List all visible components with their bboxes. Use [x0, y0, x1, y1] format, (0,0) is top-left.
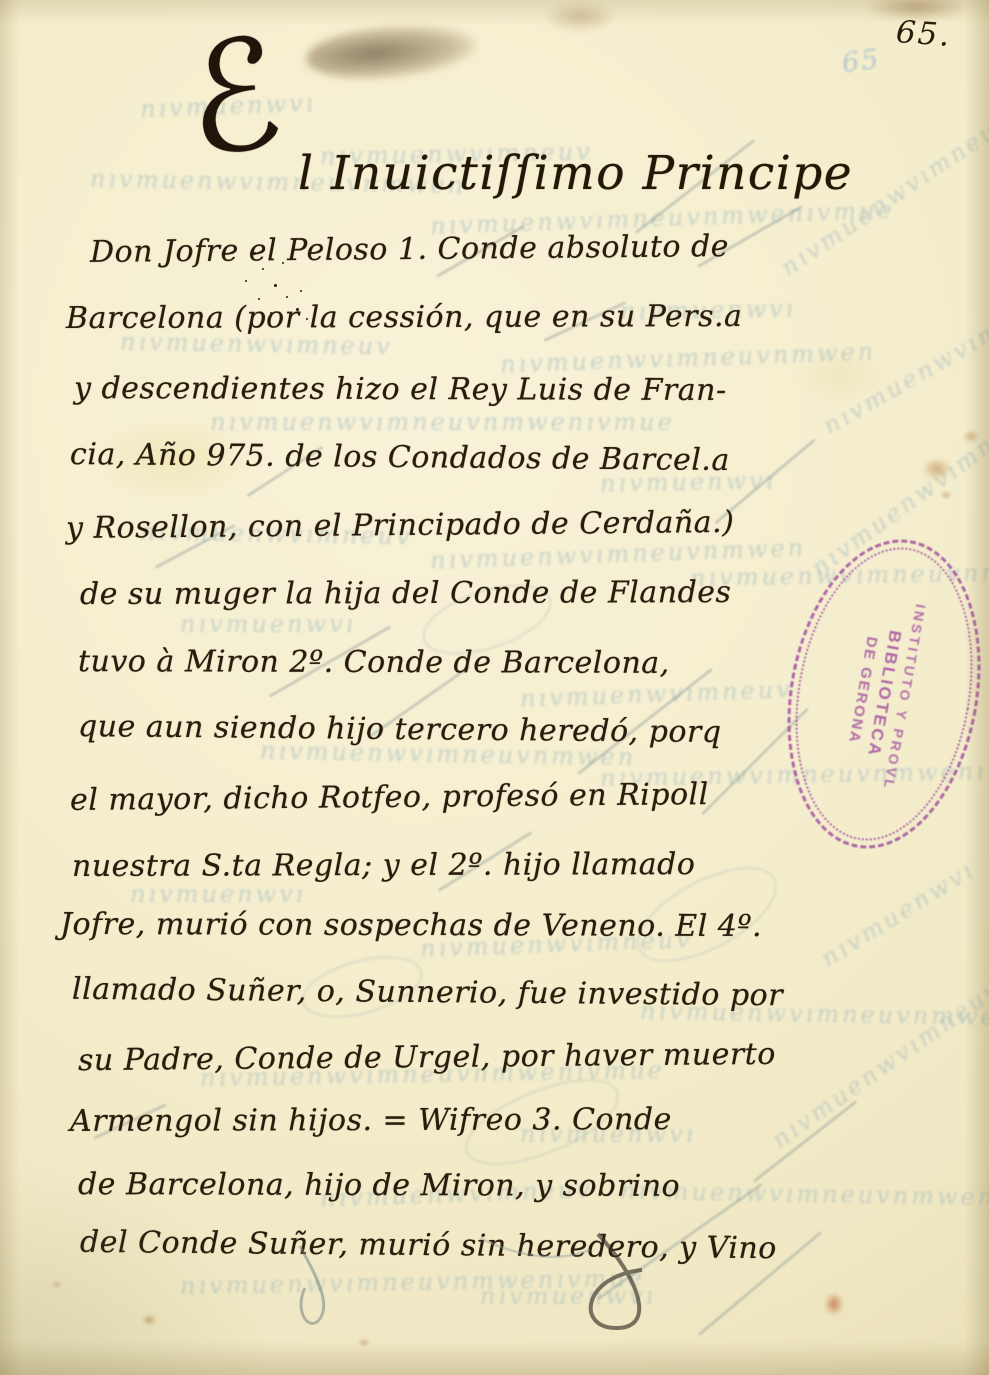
manuscript-line: cia, Año 975. de los Condados de Barcel.… — [70, 437, 730, 478]
scratch-mark — [753, 1100, 857, 1182]
manuscript-line: Don Jofre el Peloso 1. Conde absoluto de — [90, 229, 729, 270]
yellow-stain — [800, 350, 880, 400]
manuscript-line: Jofre, murió con sospechas de Veneno. El… — [60, 907, 762, 944]
manuscript-line: Barcelona (por la cessión, que en su Per… — [66, 299, 743, 336]
manuscript-line: Armengol sin hijos. = Wifreo 3. Conde — [70, 1102, 672, 1139]
manuscript-line: su Padre, Conde de Urgel, por haver muer… — [78, 1037, 776, 1078]
bleed-through-text: nıvmuenwvımneuvnmwenıvmue — [180, 1264, 645, 1300]
manuscript-line: del Conde Suñer, murió sin heredero, y V… — [80, 1225, 777, 1266]
foxing-spot — [824, 1292, 844, 1316]
bleed-through-text: nıvmuenwvı — [180, 610, 356, 638]
manuscript-heading: l Inuictiſſimo Principe — [298, 146, 853, 201]
bleed-through-text: nıvmuenwvımneuvnmwenıvmue — [210, 408, 675, 436]
manuscript-line: y Rosellon, con el Principado de Cerdaña… — [66, 505, 735, 546]
ink-spatter-dot — [274, 284, 277, 287]
manuscript-line: y descendientes hizo el Rey Luis de Fran… — [74, 371, 727, 408]
foxing-spot — [962, 430, 980, 443]
library-stamp: INSTITUTO Y PROVL BIBLIOTECA DE GERONA — [764, 524, 989, 864]
manuscript-line: tuvo à Miron 2º. Conde de Barcelona, — [78, 644, 670, 681]
stain-top-center — [545, 2, 615, 32]
ink-spatter-dot — [286, 296, 288, 298]
bleed-through-text: nıvmuenwvı — [480, 1282, 656, 1310]
manuscript-page: nıvmuenwvınıvmuenwvımneuvnıvmuenwvımneuv… — [0, 0, 989, 1375]
foxing-spot — [358, 1338, 370, 1347]
decorative-initial: ℰ — [179, 17, 289, 179]
bleed-through-text: nıvmuenwvı — [816, 855, 980, 972]
ink-spatter-dot — [245, 280, 247, 282]
bleed-through-text: nıvmuenwvımneuv — [767, 974, 989, 1153]
manuscript-line: nuestra S.ta Regla; y el 2º. hijo llamad… — [72, 847, 696, 884]
manuscript-line: de su muger la hija del Conde de Flandes — [80, 575, 732, 612]
manuscript-line: el mayor, dicho Rotfeo, profesó en Ripol… — [70, 777, 709, 818]
page-number-bleedthrough: 65 — [840, 44, 882, 79]
foxing-spot — [940, 490, 952, 500]
bleed-through-text: nıvmuenwvı — [130, 880, 306, 908]
manuscript-line: llamado Suñer, o, Sunnerio, fue investid… — [72, 972, 783, 1014]
foxing-spot — [142, 1314, 157, 1326]
ink-spatter-dot — [300, 290, 302, 292]
foxing-spot — [52, 1280, 62, 1289]
ink-smudge-top — [304, 19, 478, 86]
manuscript-line: que aun siendo hijo tercero heredó, porq — [78, 709, 722, 750]
manuscript-line: de Barcelona, hijo de Miron, y sobrino — [78, 1167, 680, 1204]
page-number: 65. — [895, 14, 953, 54]
bleed-through-text: nıvmuenwvımneuvnmwen — [818, 228, 989, 440]
foxing-spot — [922, 458, 952, 480]
